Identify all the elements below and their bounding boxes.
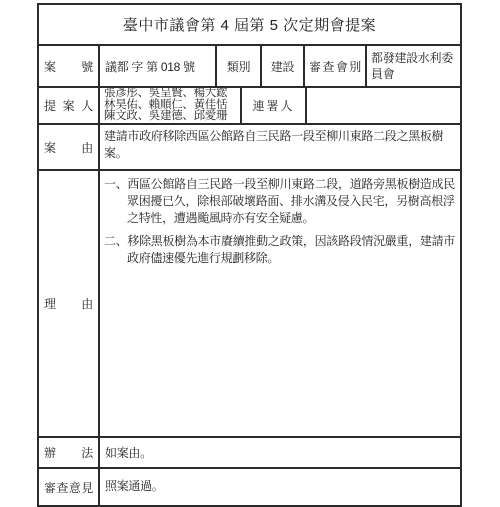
reasons-text: 一、西區公館路自三民路一段至柳川東路二段，道路旁黑板樹造成民眾困擾已久，除根部破… <box>100 171 460 436</box>
subject-label: 案由 <box>44 139 93 156</box>
method-label-cell: 辦法 <box>39 438 100 467</box>
subject-label-cell: 案由 <box>39 125 100 169</box>
category-value: 建設 <box>262 46 305 86</box>
reason-item-2: 二、移除黑板樹為本市賡續推動之政策，因該路段情況嚴重，建請市政府儘速優先進行規劃… <box>104 233 456 267</box>
reasons-label-cell: 理由 <box>39 171 100 436</box>
review-opinion-text: 照案通過。 <box>100 469 460 500</box>
proposers-names: 張彥彤、吳呈賢、楊大鋐 林昊佑、賴順仁、黃佳恬 陳文政、吳建德、邱愛珊 <box>100 88 242 123</box>
category-label: 類別 <box>217 46 262 86</box>
title-row: 臺中市議會第 4 屆第 5 次定期會提案 <box>39 5 460 46</box>
reasons-row: 理由 一、西區公館路自三民路一段至柳川東路二段，道路旁黑板樹造成民眾困擾已久，除… <box>39 171 460 438</box>
method-row: 辦法 如案由。 <box>39 438 460 469</box>
proposers-label-cell: 提案人 <box>39 88 100 123</box>
review-committee-label: 審查會別 <box>309 58 361 75</box>
subject-row: 案由 建請市政府移除西區公館路自三民路一段至柳川東路二段之黑板樹案。 <box>39 125 460 171</box>
proposers-row: 提案人 張彥彤、吳呈賢、楊大鋐 林昊佑、賴順仁、黃佳恬 陳文政、吳建德、邱愛珊 … <box>39 88 460 125</box>
case-number-value: 議都 字 第 018 號 <box>100 46 217 86</box>
review-committee-value: 都發建設水利委員會 <box>367 46 460 86</box>
reasons-label: 理由 <box>44 295 93 312</box>
reason-item-1: 一、西區公館路自三民路一段至柳川東路二段，道路旁黑板樹造成民眾困擾已久，除根部破… <box>104 176 456 227</box>
method-label: 辦法 <box>44 444 93 461</box>
proposal-table: 臺中市議會第 4 屆第 5 次定期會提案 案號 議都 字 第 018 號 類別 … <box>37 3 462 500</box>
method-text: 如案由。 <box>100 438 460 467</box>
proposer-name-line: 陳文政、吳建德、邱愛珊 <box>104 111 236 123</box>
proposers-label: 提案人 <box>44 97 93 114</box>
review-opinion-row: 審查意見 照案通過。 <box>39 469 460 500</box>
proposer-name-line: 張彥彤、吳呈賢、楊大鋐 <box>104 88 236 100</box>
cosigner-label: 連署人 <box>242 88 307 123</box>
review-opinion-label-cell: 審查意見 <box>39 469 100 500</box>
case-number-label: 案號 <box>44 58 93 75</box>
cosigner-value-cell <box>307 88 460 123</box>
review-committee-label-cell: 審查會別 <box>305 46 367 86</box>
page-title: 臺中市議會第 4 屆第 5 次定期會提案 <box>39 14 460 35</box>
case-number-label-cell: 案號 <box>39 46 100 86</box>
review-opinion-label: 審查意見 <box>44 479 93 496</box>
case-number-row: 案號 議都 字 第 018 號 類別 建設 審查會別 都發建設水利委員會 <box>39 46 460 88</box>
subject-text: 建請市政府移除西區公館路自三民路一段至柳川東路二段之黑板樹案。 <box>100 125 460 169</box>
